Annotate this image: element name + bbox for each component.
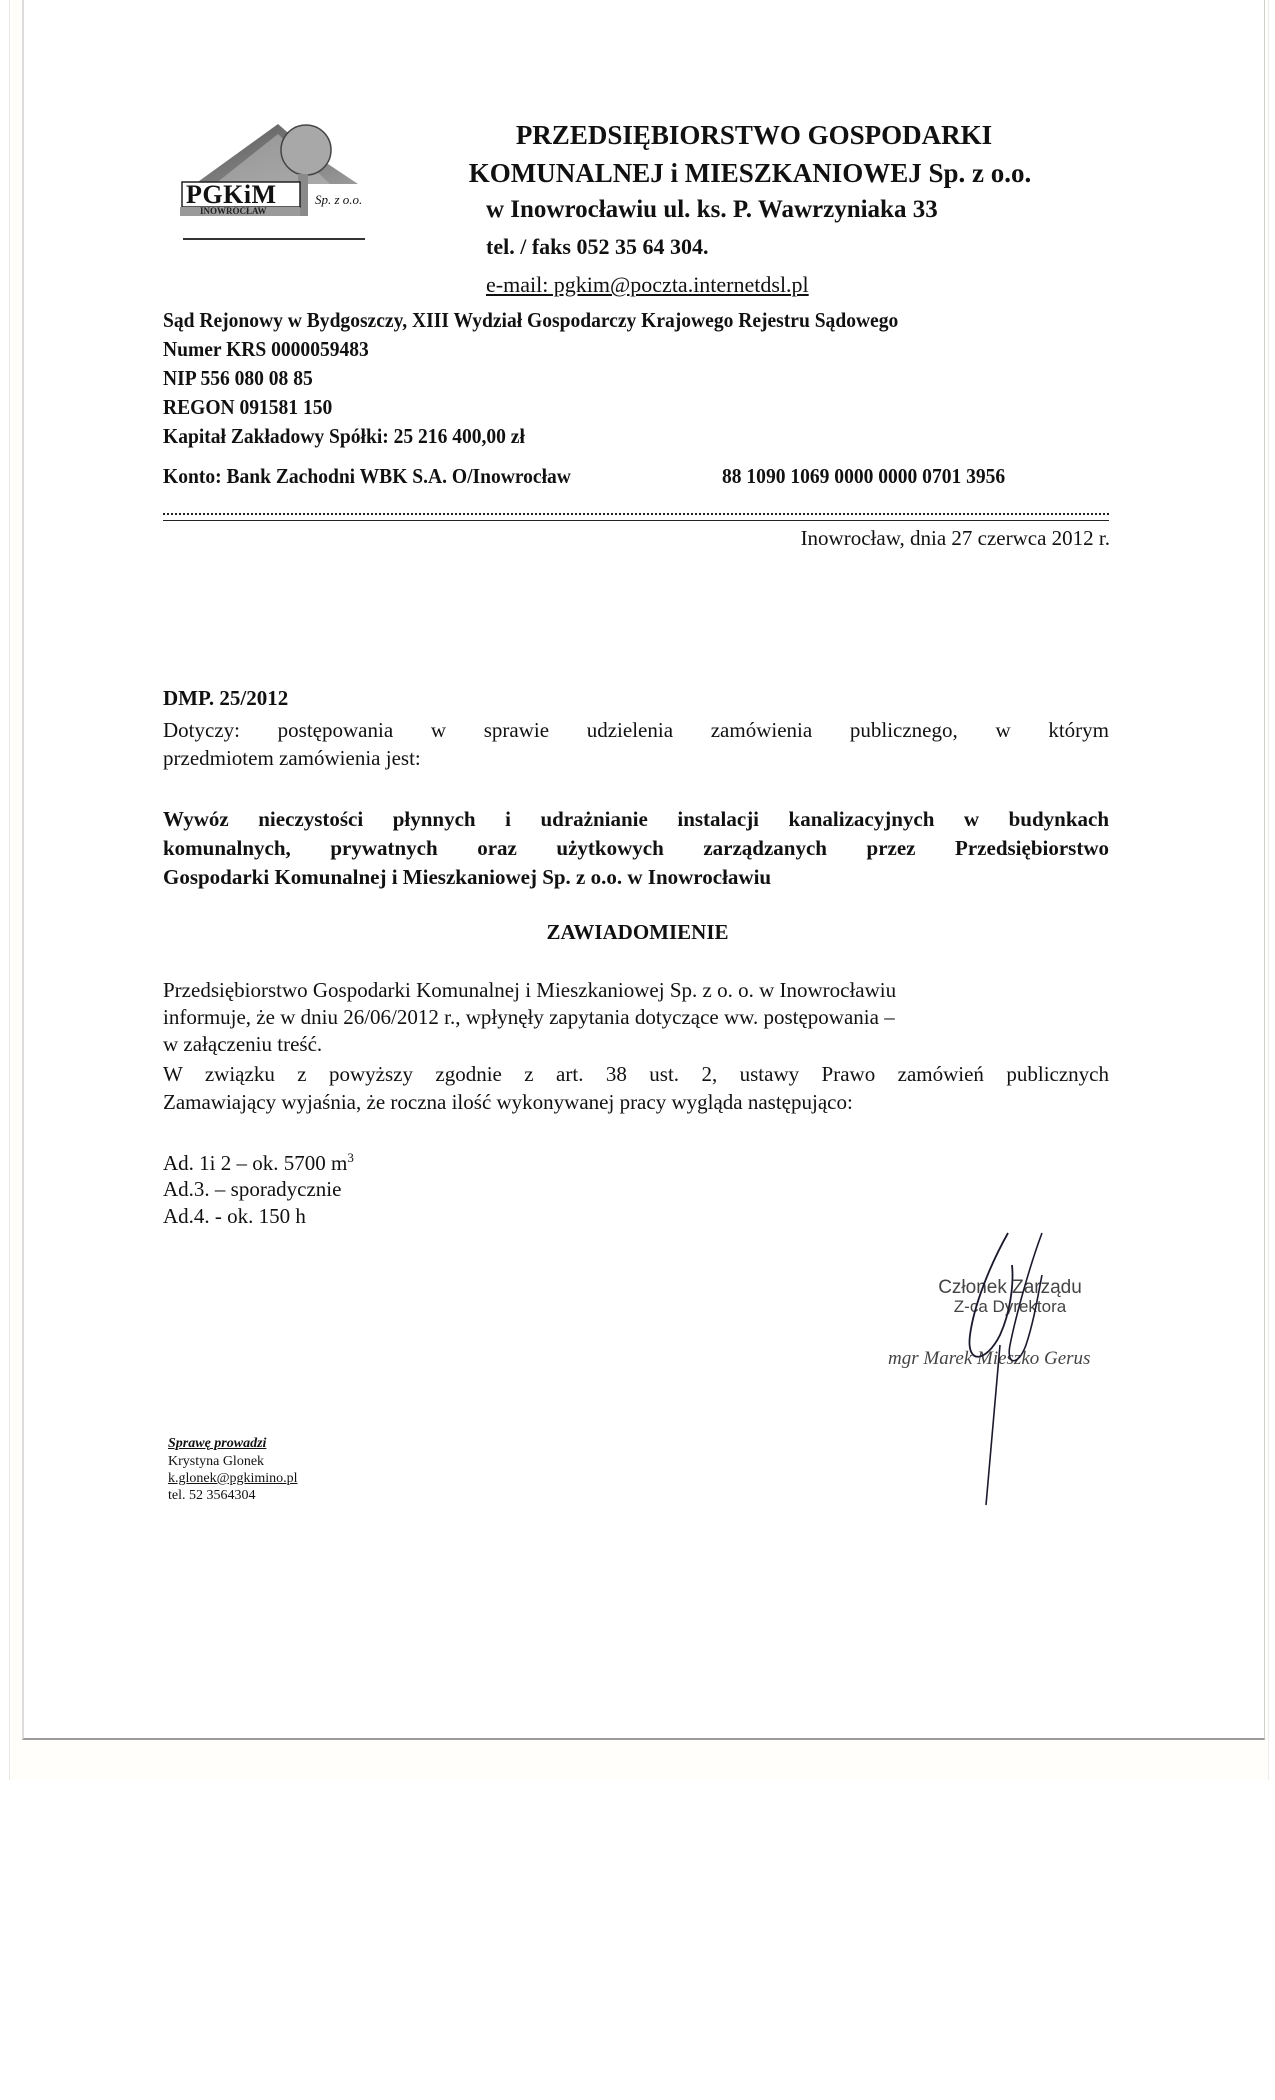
document-date: Inowrocław, dnia 27 czerwca 2012 r. <box>801 526 1110 551</box>
header-divider <box>163 513 1109 521</box>
logo-divider <box>183 238 365 240</box>
company-address: w Inowrocławiu ul. ks. P. Wawrzyniaka 33 <box>486 196 938 224</box>
logo-town: INOWROCŁAW <box>200 206 267 216</box>
subject-line1: Dotyczy: postępowania w sprawie udzielen… <box>163 718 1109 743</box>
company-email[interactable]: e-mail: pgkim@poczta.internetdsl.pl <box>486 272 809 298</box>
logo-suffix: Sp. z o.o. <box>315 192 362 208</box>
contact-name: Krystyna Glonek <box>168 1454 264 1470</box>
procurement-subject-line2: komunalnych, prywatnych oraz użytkowych … <box>163 836 1109 861</box>
body-p1-line2: informuje, że w dniu 26/06/2012 r., wpły… <box>163 1005 895 1030</box>
company-phone: tel. / faks 052 35 64 304. <box>486 234 708 260</box>
bank-account-number: 88 1090 1069 0000 0000 0701 3956 <box>722 464 1005 489</box>
court-registry: Sąd Rejonowy w Bydgoszczy, XIII Wydział … <box>163 308 898 333</box>
subject-line2: przedmiotem zamówienia jest: <box>163 746 421 771</box>
procurement-subject-line3: Gospodarki Komunalnej i Mieszkaniowej Sp… <box>163 865 771 890</box>
answer-text: Ad.3. – sporadycznie <box>163 1177 341 1201</box>
answer-text: Ad. 1i 2 – ok. 5700 m <box>163 1151 347 1175</box>
body-p2-line2: Zamawiający wyjaśnia, że roczna ilość wy… <box>163 1090 853 1115</box>
body-p1-line3: w załączeniu treść. <box>163 1032 322 1057</box>
regon-number: REGON 091581 150 <box>163 395 332 420</box>
bank-account-bank: Konto: Bank Zachodni WBK S.A. O/Inowrocł… <box>163 464 571 489</box>
house-tree-icon <box>180 112 370 242</box>
answer-item: Ad.4. - ok. 150 h <box>163 1204 306 1229</box>
procurement-subject-line1: Wywóz nieczystości płynnych i udrażniani… <box>163 807 1109 832</box>
answer-item: Ad.3. – sporadycznie <box>163 1177 341 1202</box>
company-logo: PGKiM Sp. z o.o. INOWROCŁAW <box>180 112 370 242</box>
contact-phone: tel. 52 3564304 <box>168 1488 256 1504</box>
body-p2-line1: W związku z powyższy zgodnie z art. 38 u… <box>163 1062 1109 1087</box>
krs-number: Numer KRS 0000059483 <box>163 337 369 362</box>
answer-item: Ad. 1i 2 – ok. 5700 m3 <box>163 1150 354 1176</box>
nip-number: NIP 556 080 08 85 <box>163 366 313 391</box>
notice-title: ZAWIADOMIENIE <box>0 920 1275 945</box>
contact-heading: Sprawę prowadzi <box>168 1436 266 1452</box>
share-capital: Kapitał Zakładowy Spółki: 25 216 400,00 … <box>163 424 525 449</box>
answer-unit-sup: 3 <box>347 1150 354 1165</box>
company-name-line1: PRZEDSIĘBIORSTWO GOSPODARKI <box>444 120 1064 151</box>
company-name-line2: KOMUNALNEJ i MIESZKANIOWEJ Sp. z o.o. <box>430 158 1070 189</box>
handwritten-signature-icon <box>960 1225 1070 1515</box>
reference-number: DMP. 25/2012 <box>163 686 288 711</box>
contact-email[interactable]: k.glonek@pgkimino.pl <box>168 1471 298 1487</box>
body-p1-line1: Przedsiębiorstwo Gospodarki Komunalnej i… <box>163 978 896 1003</box>
answer-text: Ad.4. - ok. 150 h <box>163 1204 306 1228</box>
